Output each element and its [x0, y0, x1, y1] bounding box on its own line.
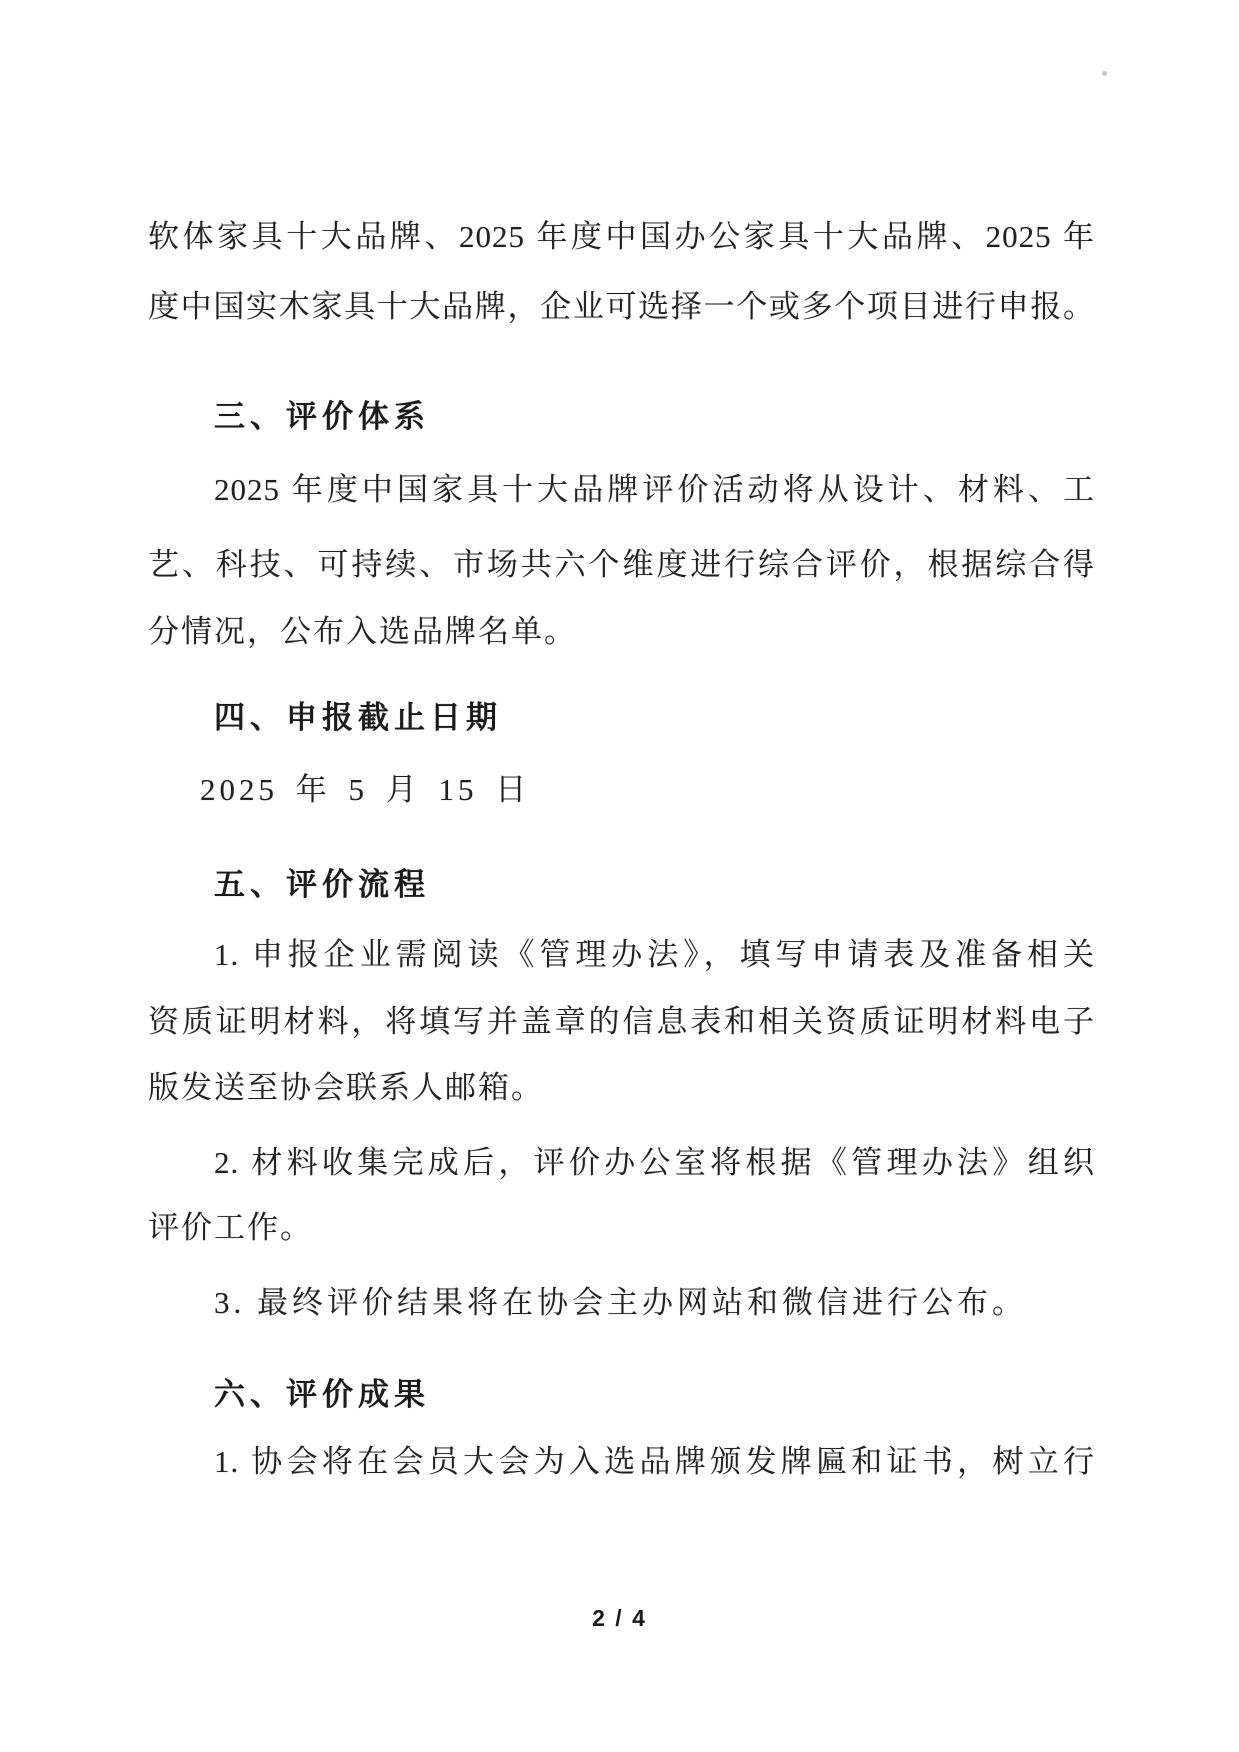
section-heading-deadline: 四、申报截止日期: [148, 698, 1095, 738]
scanned-document-page: 软体家具十大品牌、2025 年度中国办公家具十大品牌、2025 年 度中国实木家…: [0, 0, 1239, 1752]
list-item-line: 资质证明材料，将填写并盖章的信息表和相关资质证明材料电子: [148, 1002, 1095, 1042]
list-item-line: 3. 最终评价结果将在协会主办网站和微信进行公布。: [148, 1283, 1095, 1323]
body-line: 度中国实木家具十大品牌，企业可选择一个或多个项目进行申报。: [148, 287, 1095, 327]
section-heading-results: 六、评价成果: [148, 1375, 1095, 1415]
body-line: 分情况，公布入选品牌名单。: [148, 612, 1095, 652]
list-item-line: 版发送至协会联系人邮箱。: [148, 1068, 1095, 1108]
list-item-line: 1. 协会将在会员大会为入选品牌颁发牌匾和证书，树立行: [148, 1442, 1095, 1482]
section-heading-evaluation-system: 三、评价体系: [148, 397, 1095, 437]
scan-artifact-speck: [1102, 71, 1107, 76]
section-heading-process: 五、评价流程: [148, 865, 1095, 905]
page-number: 2 / 4: [0, 1605, 1239, 1632]
deadline-date: 2025 年 5 月 15 日: [148, 770, 1095, 810]
list-item-line: 2. 材料收集完成后，评价办公室将根据《管理办法》组织: [148, 1143, 1095, 1183]
body-line: 艺、科技、可持续、市场共六个维度进行综合评价，根据综合得: [148, 545, 1095, 585]
body-line: 软体家具十大品牌、2025 年度中国办公家具十大品牌、2025 年: [148, 217, 1095, 257]
list-item-line: 1. 申报企业需阅读《管理办法》，填写申请表及准备相关: [148, 935, 1095, 975]
list-item-line: 评价工作。: [148, 1208, 1095, 1248]
body-line: 2025 年度中国家具十大品牌评价活动将从设计、材料、工: [148, 470, 1095, 510]
